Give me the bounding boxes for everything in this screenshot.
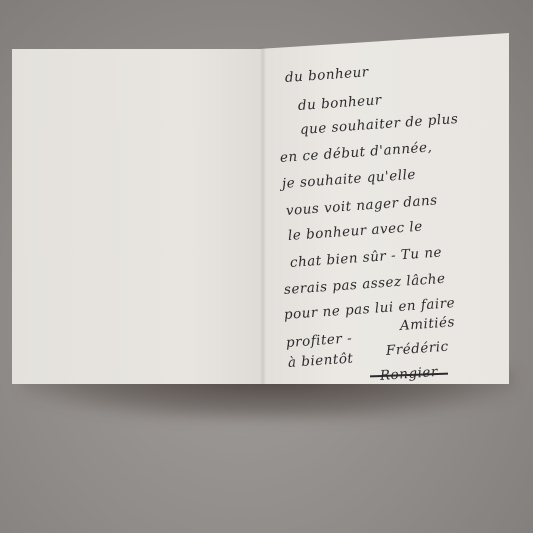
note-line: en ce début d'année,	[279, 139, 432, 166]
note-line: profiter -	[285, 330, 352, 351]
note-closing: Amitiés	[399, 314, 455, 334]
note-line: le bonheur avec le	[287, 219, 423, 244]
note-line: que souhaiter de plus	[299, 111, 458, 138]
note-line: du bonheur	[284, 64, 369, 86]
note-line: chat bien sûr - Tu ne	[289, 244, 442, 271]
handwritten-note: du bonheur du bonheur que souhaiter de p…	[0, 0, 533, 533]
note-line: serais pas assez lâche	[283, 271, 446, 298]
note-line: je souhaite qu'elle	[281, 167, 416, 192]
note-signature-first: Frédéric	[385, 339, 449, 359]
note-line: vous voit nager dans	[285, 192, 438, 219]
photo-scene: du bonheur du bonheur que souhaiter de p…	[0, 0, 533, 533]
note-line: à bientôt	[287, 350, 353, 371]
note-line: du bonheur	[297, 92, 382, 114]
